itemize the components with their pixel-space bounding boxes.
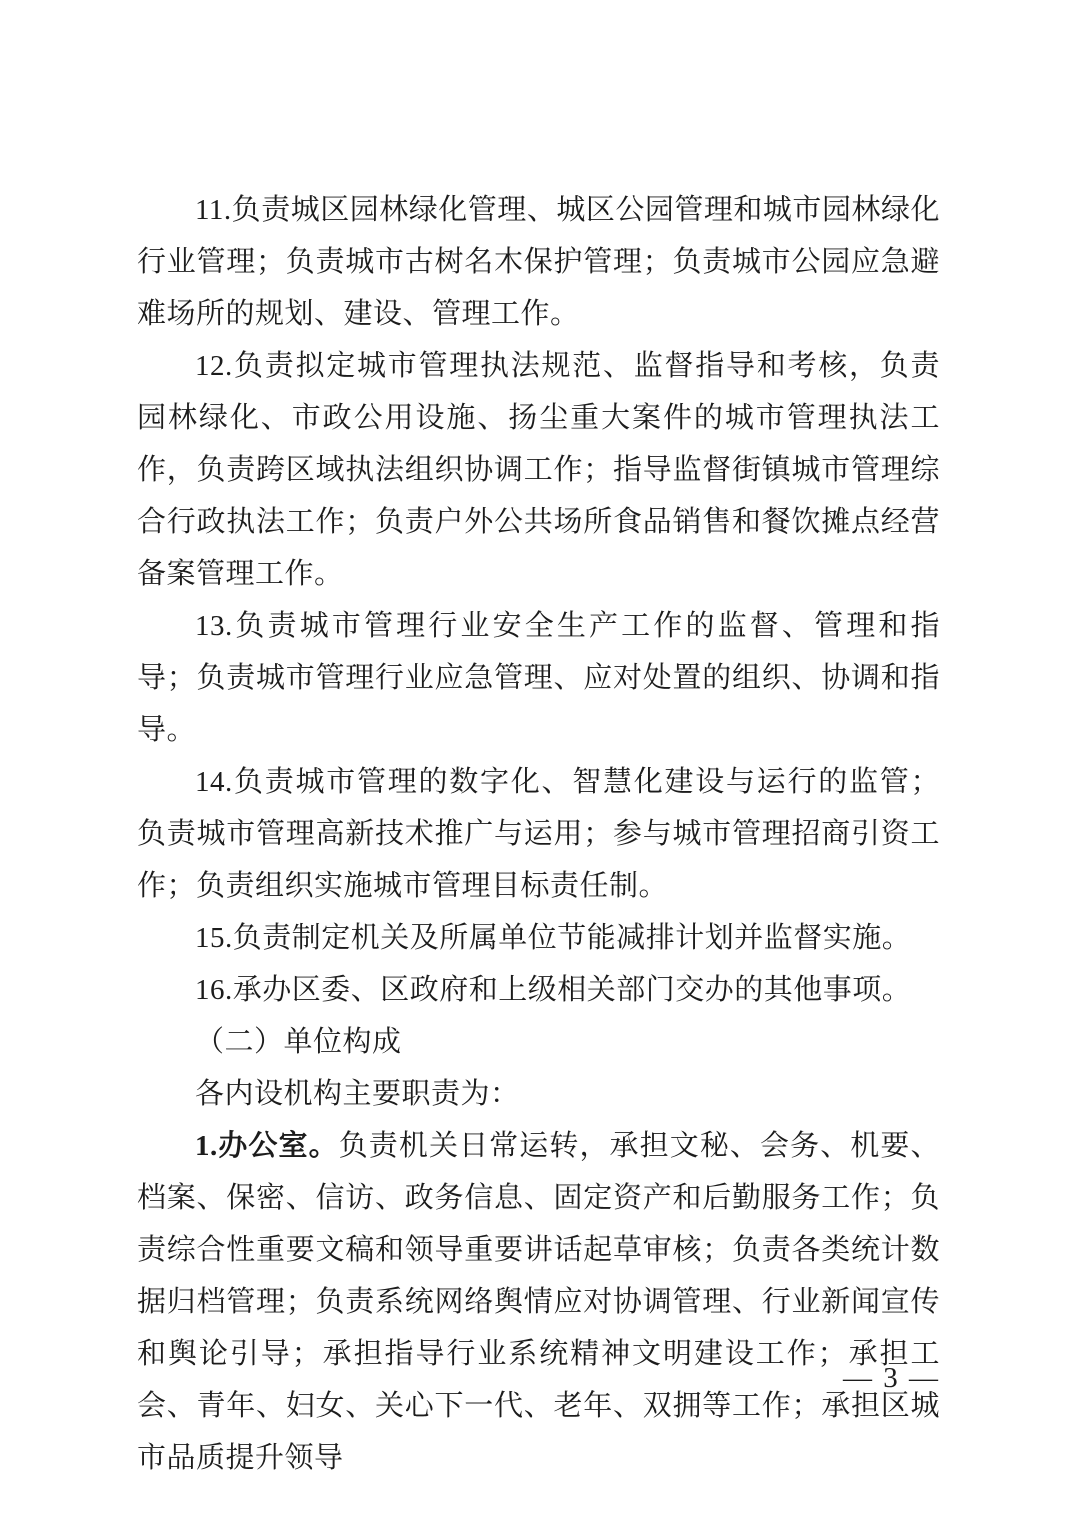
office-duties-text: 负责机关日常运转，承担文秘、会务、机要、档案、保密、信访、政务信息、固定资产和后…	[137, 1130, 940, 1474]
page-number: — 3 —	[843, 1358, 940, 1398]
office-lead-label: 1.办公室。	[195, 1130, 339, 1162]
paragraph-duty-16: 16.承办区委、区政府和上级相关部门交办的其他事项。	[137, 964, 940, 1016]
paragraph-duty-14: 14.负责城市管理的数字化、智慧化建设与运行的监管；负责城市管理高新技术推广与运…	[137, 756, 940, 912]
document-page: 11.负责城区园林绿化管理、城区公园管理和城市园林绿化行业管理；负责城市古树名木…	[0, 0, 1074, 1520]
section-heading-unit-composition: （二）单位构成	[137, 1016, 940, 1068]
paragraph-duty-15: 15.负责制定机关及所属单位节能减排计划并监督实施。	[137, 912, 940, 964]
paragraph-duty-11: 11.负责城区园林绿化管理、城区公园管理和城市园林绿化行业管理；负责城市古树名木…	[137, 184, 940, 340]
paragraph-internal-bodies-intro: 各内设机构主要职责为：	[137, 1068, 940, 1120]
paragraph-duty-13: 13.负责城市管理行业安全生产工作的监督、管理和指导；负责城市管理行业应急管理、…	[137, 600, 940, 756]
paragraph-office-duties: 1.办公室。负责机关日常运转，承担文秘、会务、机要、档案、保密、信访、政务信息、…	[137, 1120, 940, 1484]
document-body: 11.负责城区园林绿化管理、城区公园管理和城市园林绿化行业管理；负责城市古树名木…	[137, 184, 940, 1484]
paragraph-duty-12: 12.负责拟定城市管理执法规范、监督指导和考核，负责园林绿化、市政公用设施、扬尘…	[137, 340, 940, 600]
